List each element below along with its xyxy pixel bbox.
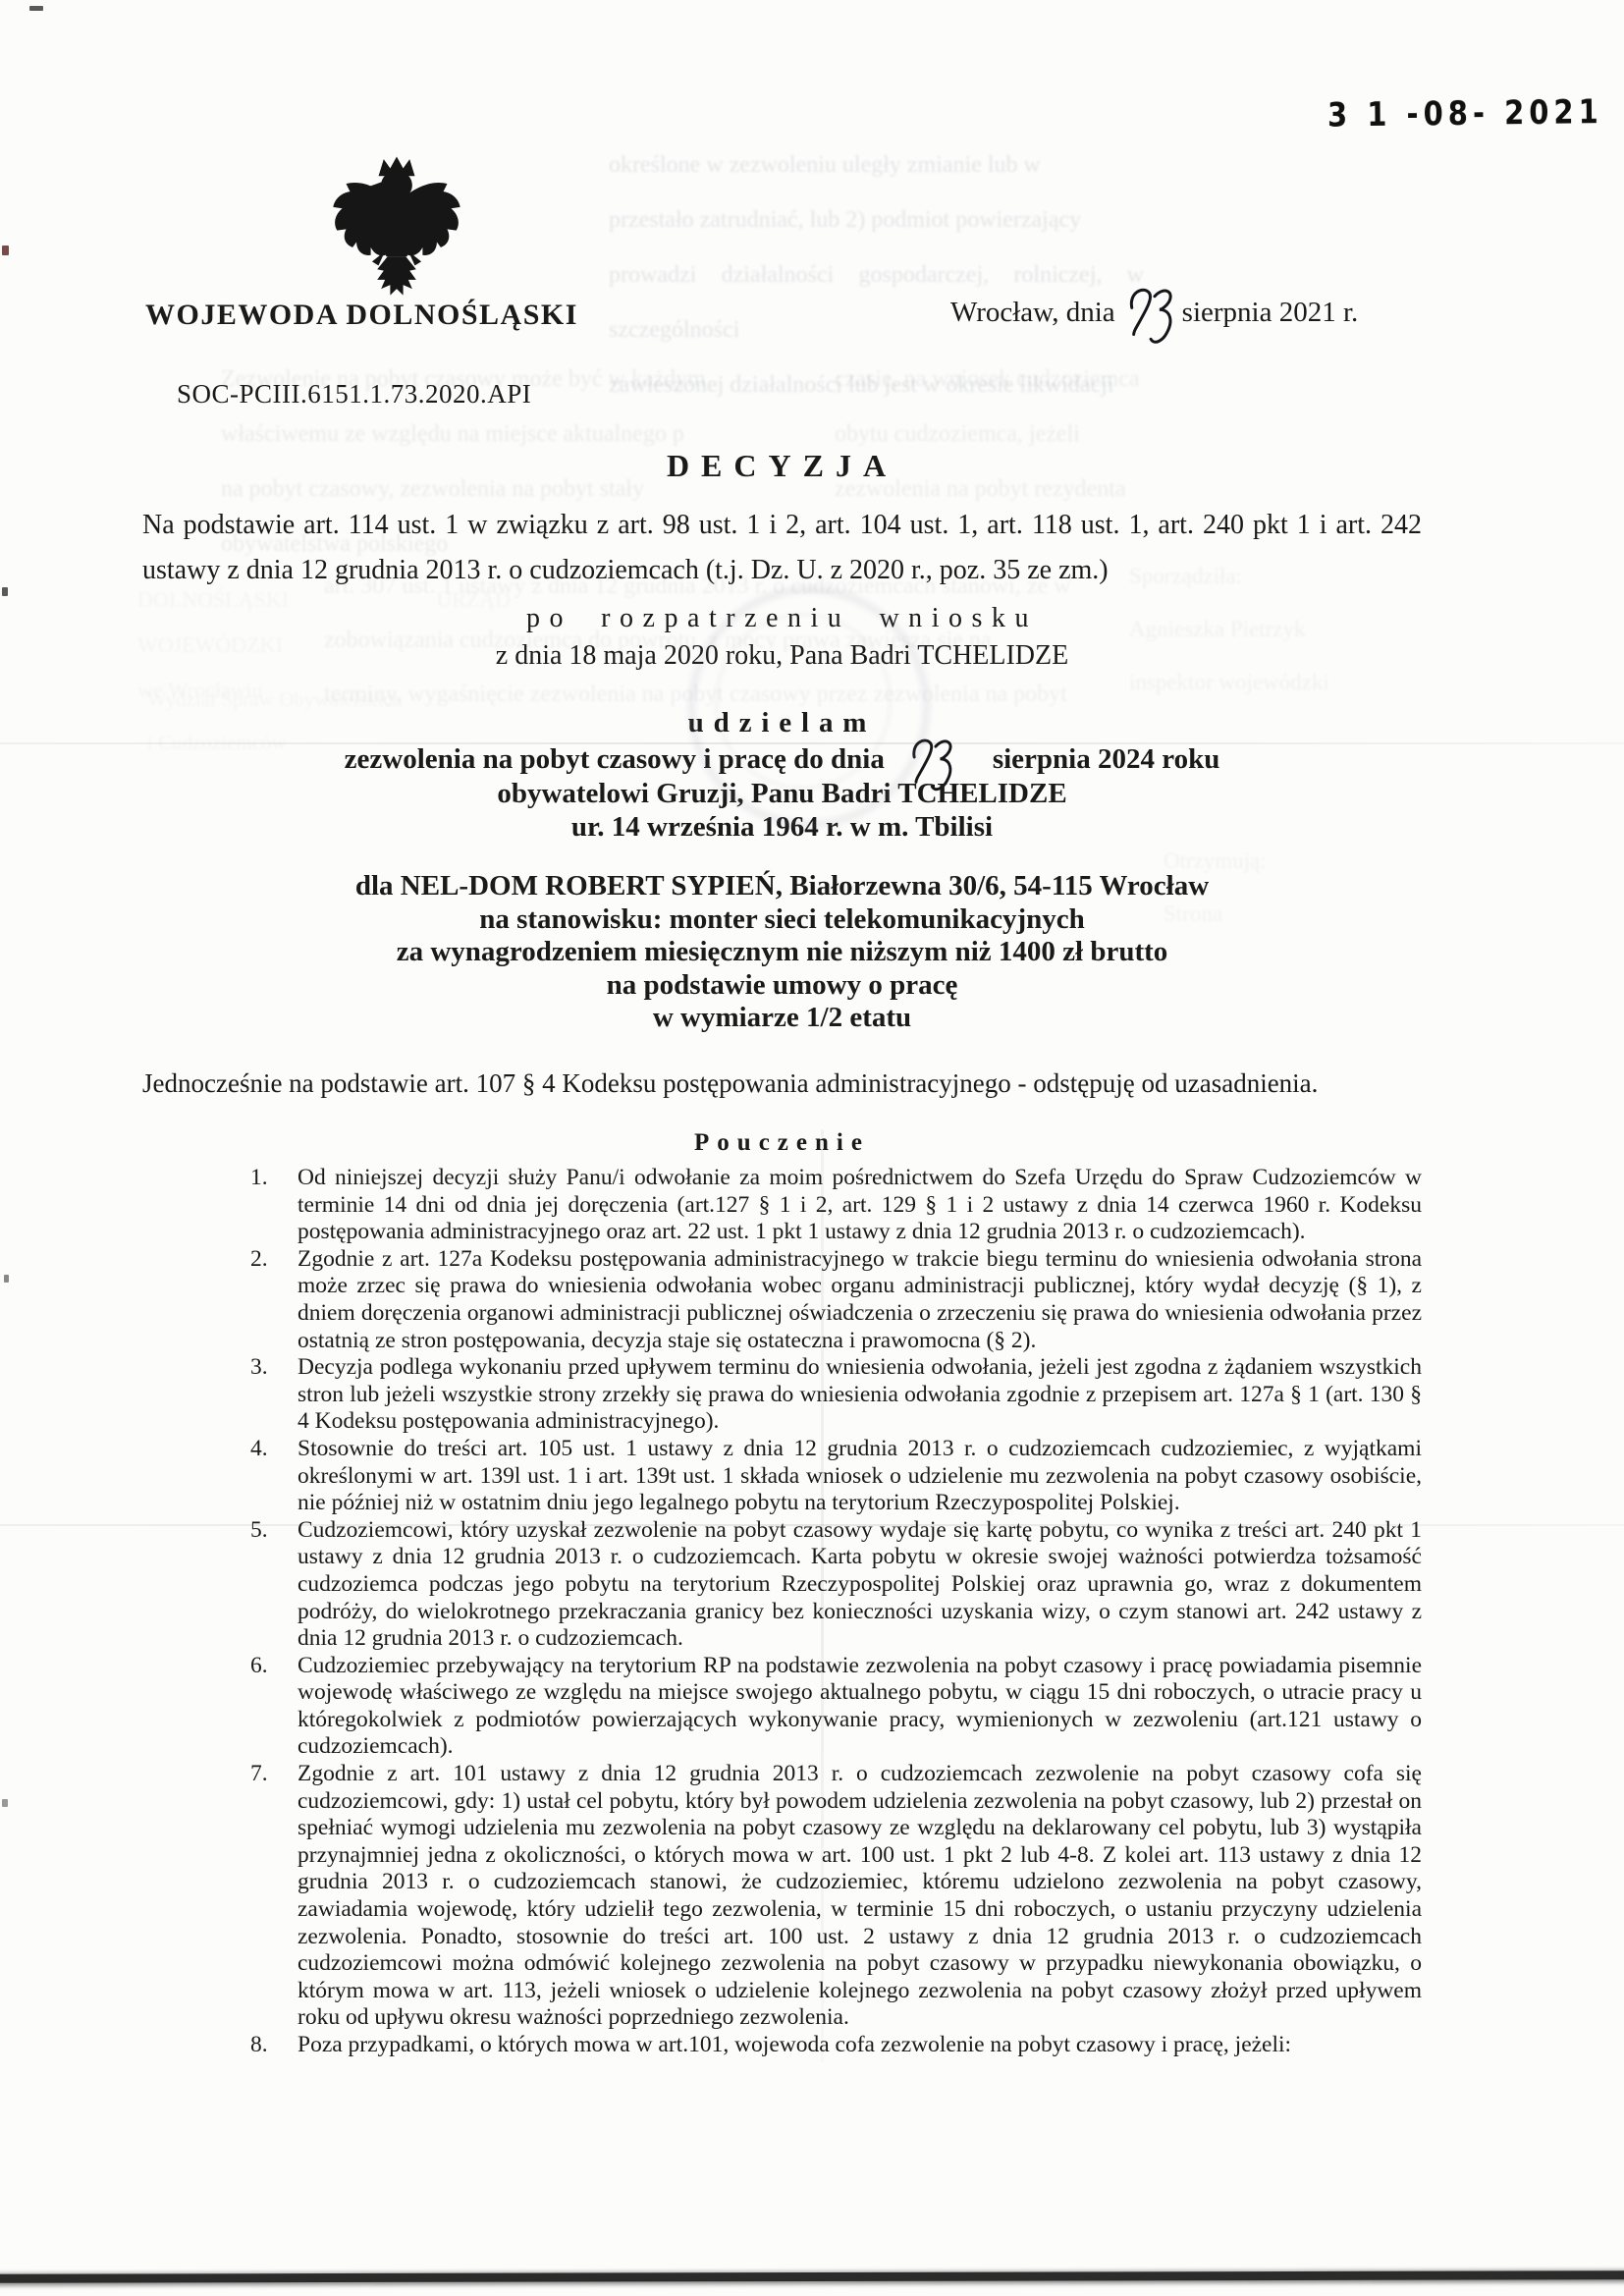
pouczenie-list: 1.Od niniejszej decyzji służy Panu/i odw… [250, 1165, 1422, 2059]
pouczenie-item-number: 5. [250, 1517, 298, 1653]
scan-bottom-edge [0, 2270, 1624, 2282]
pouczenie-item: 2.Zgodnie z art. 127a Kodeksu postępowan… [250, 1246, 1422, 1354]
pouczenie-item-text: Zgodnie z art. 101 ustawy z dnia 12 grud… [298, 1761, 1422, 2032]
salary-line: za wynagrodzeniem miesięcznym nie niższy… [142, 936, 1422, 968]
legal-basis-paragraph: Na podstawie art. 114 ust. 1 w związku z… [142, 503, 1422, 593]
pouczenie-item: 6.Cudzoziemiec przebywający na terytoriu… [250, 1653, 1422, 1761]
pouczenie-item-text: Cudzoziemiec przebywający na terytorium … [298, 1653, 1422, 1761]
coat-of-arms-eagle-icon [332, 149, 461, 314]
bleed-through-text: określone w zezwoleniu uległy zmianie lu… [609, 137, 1144, 412]
bleed-through-text: czasie, na wniosek cudzoziemca obytu cud… [835, 352, 1149, 517]
fold-crease [0, 1524, 1624, 1526]
fold-crease [0, 742, 1624, 744]
pouczenie-title: Pouczenie [142, 1129, 1422, 1157]
pouczenie-item: 8.Poza przypadkami, o których mowa w art… [250, 2032, 1422, 2059]
decision-title: DECYZJA [142, 448, 1422, 484]
pouczenie-item-number: 1. [250, 1165, 298, 1246]
scan-speck [2, 246, 9, 255]
pouczenie-item-number: 8. [250, 2032, 298, 2059]
pouczenie-item: 7.Zgodnie z art. 101 ustawy z dnia 12 gr… [250, 1761, 1422, 2032]
pouczenie-item-number: 2. [250, 1246, 298, 1354]
pouczenie-item-text: Stosownie do treści art. 105 ust. 1 usta… [298, 1436, 1422, 1517]
pouczenie-item-number: 3. [250, 1354, 298, 1436]
scan-speck [4, 1275, 9, 1283]
place-date-prefix: Wrocław, dnia [950, 297, 1115, 329]
contract-line: na podstawie umowy o pracę [142, 969, 1422, 1002]
scan-speck [2, 1799, 8, 1807]
pouczenie-item-number: 7. [250, 1761, 298, 2032]
place-and-date: Wrocław, dnia sierpnia 2021 r. [950, 297, 1358, 354]
pouczenie-item-text: Od niniejszej decyzji służy Panu/i odwoł… [298, 1165, 1422, 1246]
scan-speck [2, 587, 8, 596]
pouczenie-item-text: Decyzja podlega wykonaniu przed upływem … [298, 1354, 1422, 1436]
scan-speck [29, 6, 43, 11]
pouczenie-item-number: 6. [250, 1653, 298, 1761]
place-date-suffix: sierpnia 2021 r. [1182, 297, 1359, 329]
grant-suffix: sierpnia 2024 roku [993, 743, 1220, 776]
pouczenie-item-text: Poza przypadkami, o których mowa w art.1… [298, 2032, 1422, 2059]
received-date-stamp: 3 1 -08- 2021 [1327, 91, 1583, 134]
reference-number: SOC-PCIII.6151.1.73.2020.API [177, 379, 531, 410]
position-line: na stanowisku: monter sieci telekomunika… [142, 903, 1422, 936]
pouczenie-item-text: Zgodnie z art. 127a Kodeksu postępowania… [298, 1246, 1422, 1354]
document-page: 3 1 -08- 2021 WOJEWODA DOLNOŚLĄSKI Wrocł… [0, 0, 1624, 2296]
pouczenie-item: 5.Cudzoziemcowi, który uzyskał zezwoleni… [250, 1517, 1422, 1653]
pouczenie-item-number: 4. [250, 1436, 298, 1517]
handwritten-day-header [1123, 283, 1184, 354]
employer-line: dla NEL-DOM ROBERT SYPIEŃ, Białorzewna 3… [142, 870, 1422, 902]
reverse-seal-ghost-inner [715, 613, 892, 790]
pouczenie-item: 1.Od niniejszej decyzji służy Panu/i odw… [250, 1165, 1422, 1246]
working-time-line: w wymiarze 1/2 etatu [142, 1002, 1422, 1034]
pouczenie-item: 4.Stosownie do treści art. 105 ust. 1 us… [250, 1436, 1422, 1517]
pouczenie-item-text: Cudzoziemcowi, który uzyskał zezwolenie … [298, 1517, 1422, 1653]
no-justification-line: Jednocześnie na podstawie art. 107 § 4 K… [142, 1068, 1422, 1099]
vertical-crease [821, 1129, 824, 2062]
pouczenie-item: 3.Decyzja podlega wykonaniu przed upływe… [250, 1354, 1422, 1436]
office-name: WOJEWODA DOLNOŚLĄSKI [145, 299, 578, 332]
